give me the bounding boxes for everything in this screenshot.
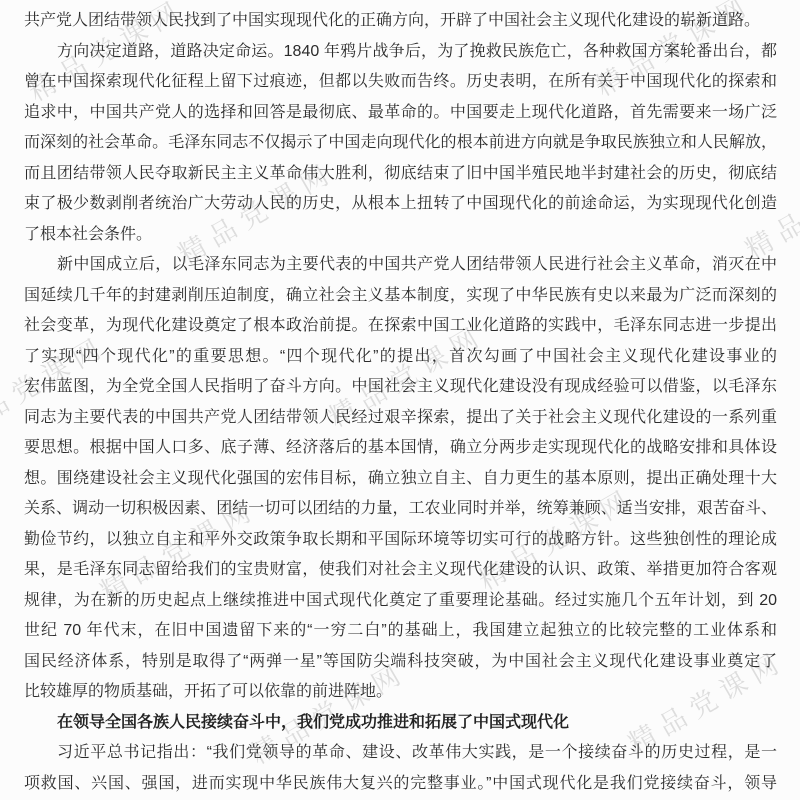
text-line: 世纪 70 年代末，在旧中国遗留下来的“一穷二白”的基础上，我国建立起独立的比较… — [24, 616, 777, 647]
text-line: 了根本社会条件。 — [24, 220, 777, 251]
text-line: 果，是毛泽东同志留给我们的宝贵财富，使我们对社会主义现代化建设的认识、政策、举措… — [24, 555, 777, 586]
text-line: 习近平总书记指出：“我们党领导的革命、建设、改革伟大实践，是一个接续奋斗的历史过… — [24, 738, 777, 769]
section-heading: 在领导全国各族人民接续奋斗中，我们党成功推进和拓展了中国式现代化 — [24, 708, 777, 739]
text-line: 而且团结带领人民夺取新民主主义革命伟大胜利，彻底结束了旧中国半殖民地半封建社会的… — [24, 159, 777, 190]
text-line: 新中国成立后，以毛泽东同志为主要代表的中国共产党人团结带领人民进行社会主义革命，… — [24, 250, 777, 281]
text-line: 国民经济体系，特别是取得了“两弹一星”等国防尖端科技突破，为中国社会主义现代化建… — [24, 647, 777, 678]
text-line: 曾在中国探索现代化征程上留下过痕迹，但都以失败而告终。历史表明，在所有关于中国现… — [24, 67, 777, 98]
text-line: 方向决定道路，道路决定命运。1840 年鸦片战争后，为了挽救民族危亡，各种救国方… — [24, 37, 777, 68]
text-line: 勤俭节约，以独立自主和平外交政策争取长期和平国际环境等切实可行的战略方针。这些独… — [24, 525, 777, 556]
text-line: 国延续几千年的封建剥削压迫制度，确立社会主义基本制度，实现了中华民族有史以来最为… — [24, 281, 777, 312]
text-line: 规律，为在新的历史起点上继续推进中国式现代化奠定了重要理论基础。经过实施几个五年… — [24, 586, 777, 617]
text-line: 共产党人团结带领人民找到了中国实现现代化的正确方向，开辟了中国社会主义现代化建设… — [24, 6, 777, 37]
text-line: 想。围绕建设社会主义现代化强国的宏伟目标，确立独立自主、自力更生的基本原则，提出… — [24, 464, 777, 495]
text-line: 同志为主要代表的中国共产党人团结带领人民经过艰辛探索，提出了关于社会主义现代化建… — [24, 403, 777, 434]
text-line: 比较雄厚的物质基础，开拓了可以依靠的前进阵地。 — [24, 677, 777, 708]
text-line: 束了极少数剥削者统治广大劳动人民的历史，从根本上扭转了中国现代化的前途命运，为实… — [24, 189, 777, 220]
text-line: 追求中，中国共产党人的选择和回答是最彻底、最革命的。中国要走上现代化道路，首先需… — [24, 98, 777, 129]
text-line: 关系、调动一切积极因素、团结一切可以团结的力量，工农业同时并举，统筹兼顾、适当安… — [24, 494, 777, 525]
text-line: 要思想。根据中国人口多、底子薄、经济落后的基本国情，确立分两步走实现现代化的战略… — [24, 433, 777, 464]
text-line: 而深刻的社会革命。毛泽东同志不仅揭示了中国走向现代化的根本前进方向就是争取民族独… — [24, 128, 777, 159]
text-line: 社会变革，为现代化建设奠定了根本政治前提。在探索中国工业化道路的实践中，毛泽东同… — [24, 311, 777, 342]
text-line: 宏伟蓝图，为全党全国人民指明了奋斗方向。中国社会主义现代化建设没有现成经验可以借… — [24, 372, 777, 403]
document-page: 共产党人团结带领人民找到了中国实现现代化的正确方向，开辟了中国社会主义现代化建设… — [24, 6, 777, 799]
text-line: 了实现“四个现代化”的重要思想。“四个现代化”的提出，首次勾画了中国社会主义现代… — [24, 342, 777, 373]
text-line: 项救国、兴国、强国，进而实现中华民族伟大复兴的完整事业。”中国式现代化是我们党接… — [24, 769, 777, 800]
